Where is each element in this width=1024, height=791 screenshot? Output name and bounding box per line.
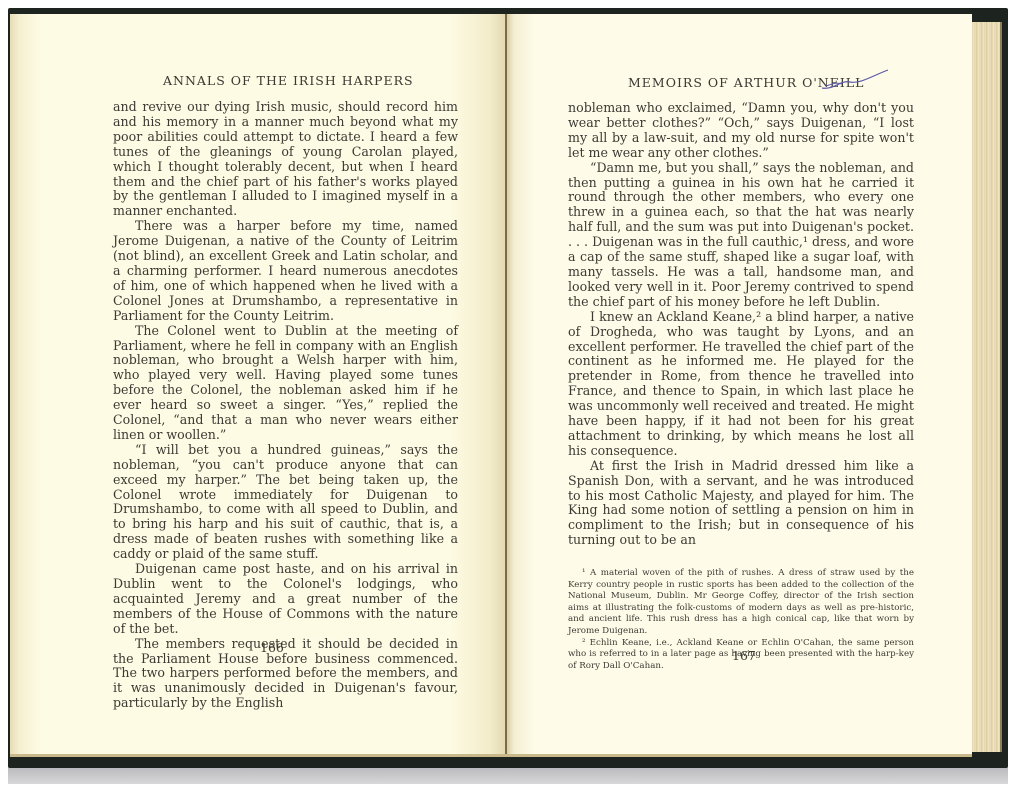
paragraph: The members requested it should be decid… [113,637,458,712]
paragraph: “I will bet you a hundred guineas,” says… [113,443,458,562]
paragraph: “Damn me, but you shall,” says the noble… [568,161,914,310]
paragraph: nobleman who exclaimed, “Damn you, why d… [568,101,914,161]
left-body-text: and revive our dying Irish music, should… [113,100,458,711]
paragraph: There was a harper before my time, named… [113,219,458,323]
paragraph: and revive our dying Irish music, should… [113,100,458,219]
left-page-number: 166 [260,640,284,655]
left-running-head: ANNALS OF THE IRISH HARPERS [163,73,414,88]
paragraph: Duigenan came post haste, and on his arr… [113,562,458,637]
right-page: MEMOIRS OF ARTHUR O'NEILL nobleman who e… [506,14,972,757]
paragraph: At first the Irish in Madrid dressed him… [568,459,914,548]
right-page-number: 167 [732,648,756,663]
footnote-1: ¹ A material woven of the pith of rushes… [568,568,914,638]
left-page: ANNALS OF THE IRISH HARPERS and revive o… [10,14,506,757]
paragraph: I knew an Ackland Keane,² a blind harper… [568,310,914,459]
right-body-text: nobleman who exclaimed, “Damn you, why d… [568,101,914,548]
pen-mark-annotation [820,68,890,92]
page-edges [970,22,1002,752]
gutter [505,14,507,754]
paragraph: The Colonel went to Dublin at the meetin… [113,324,458,443]
